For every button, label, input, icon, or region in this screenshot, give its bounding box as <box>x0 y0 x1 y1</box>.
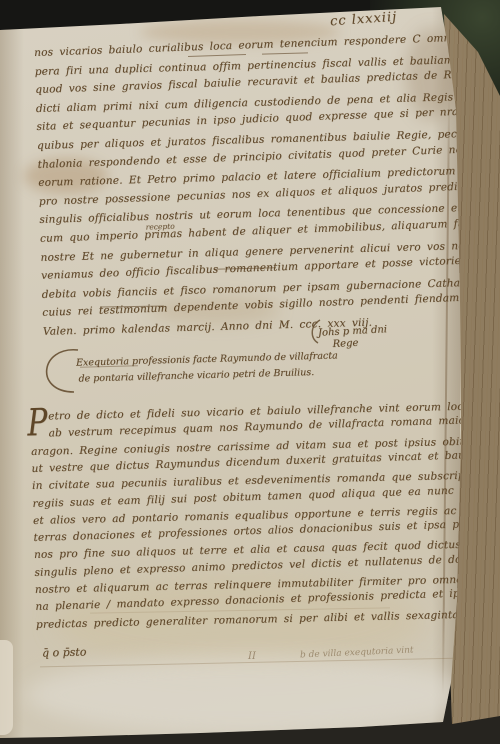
strike-mark <box>262 52 308 55</box>
margin-note-line: Johs p ma dni <box>318 324 388 339</box>
folio-number: cc lxxxiij <box>330 10 398 30</box>
registrum-note-line: de pontaria villefranche vicario petri d… <box>78 367 314 385</box>
closing-mark: q̄ o p̄sto <box>42 645 87 659</box>
interlinear-addition: recepto <box>146 222 175 232</box>
margin-note-line: Rege <box>332 338 358 350</box>
tally-mark: II <box>248 651 256 662</box>
initial-capital: P <box>27 401 48 445</box>
text-block-lower: P etro de dicto et fideli suo vicario et… <box>30 400 456 412</box>
stain-bottom-light <box>25 655 475 735</box>
photo-backdrop: cc lxxxiij nos vicarios baiulo curialibu… <box>0 0 500 744</box>
strike-mark <box>188 54 246 57</box>
manuscript-page: cc lxxxiij nos vicarios baiulo curialibu… <box>0 0 500 744</box>
registrum-bracket <box>32 344 82 398</box>
margin-note-right: Johs p ma dni Rege <box>318 324 388 339</box>
binding-tear <box>0 640 13 735</box>
gutter-shadow <box>0 0 24 744</box>
